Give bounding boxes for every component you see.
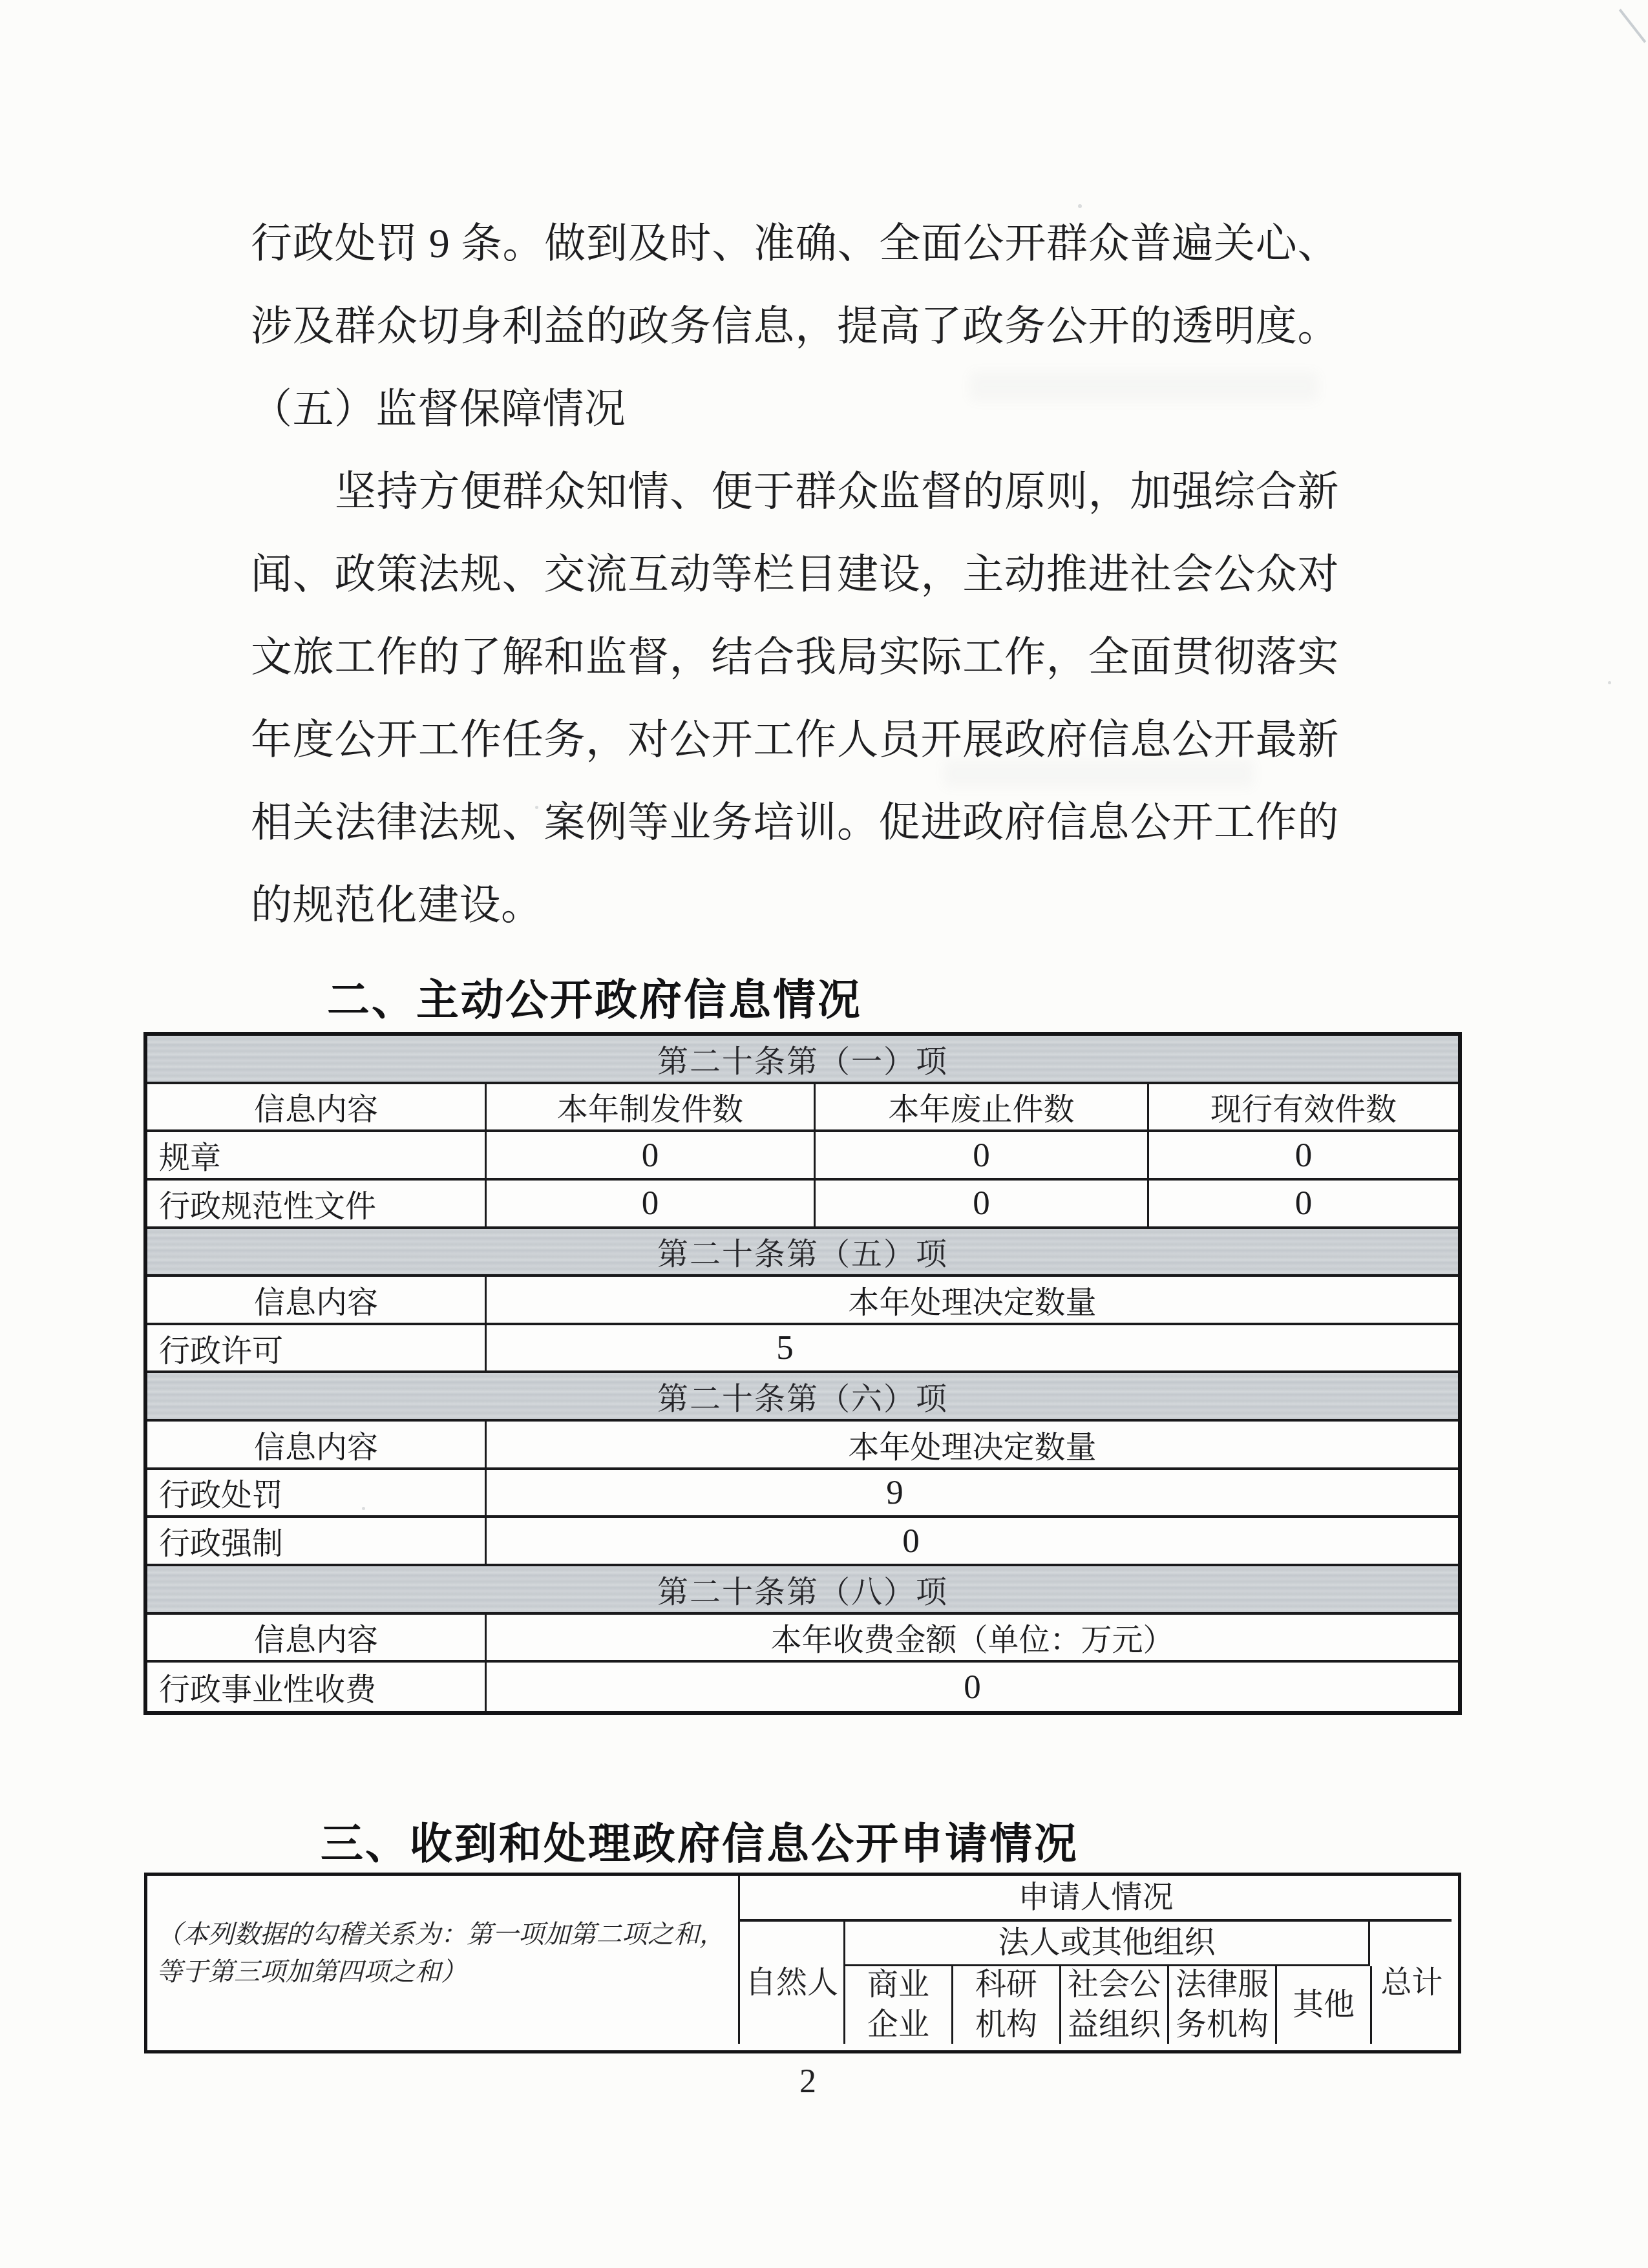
banner-label: 第二十条第（五）项	[657, 1229, 948, 1274]
cell-value: 0	[642, 1184, 659, 1223]
cell-text: 信息内容	[254, 1084, 378, 1129]
legal-entity-group-header-cell: 法人或其他组织	[845, 1922, 1370, 1966]
row-label-cell: 行政处罚	[147, 1470, 485, 1516]
cell-text: 行政规范性文件	[159, 1181, 376, 1226]
commercial-enterprise-header-cell: 商业 企业	[845, 1966, 953, 2044]
header-cell: 本年废止件数	[814, 1084, 1147, 1130]
cell-text: 本年制发件数	[557, 1084, 743, 1129]
cell-text: 信息内容	[254, 1615, 378, 1659]
cell-value: 0	[902, 1522, 920, 1560]
research-institution-header-cell: 科研 机构	[953, 1966, 1061, 2044]
scan-speck	[813, 483, 816, 485]
cell-text: 本年废止件数	[888, 1084, 1074, 1129]
cell-text: 本年处理决定数量	[848, 1422, 1096, 1467]
banner-label: 第二十条第（一）项	[657, 1036, 948, 1081]
total-header-cell: 总计	[1372, 1922, 1452, 2044]
proactive-disclosure-table: 第二十条第（一）项信息内容本年制发件数本年废止件数现行有效件数规章000行政规范…	[143, 1032, 1462, 1715]
value-cell: 0	[814, 1132, 1147, 1178]
header-cell: 本年处理决定数量	[485, 1277, 1458, 1323]
cell-value: 5	[776, 1328, 794, 1367]
legal-service-org-header-cell: 法律服 务机构	[1169, 1966, 1277, 2044]
table-data-row: 行政处罚9	[147, 1470, 1458, 1518]
cell-text: 现行有效件数	[1210, 1084, 1397, 1129]
cell-text: 行政事业性收费	[159, 1664, 376, 1709]
body-line: 行政处罚 9 条。做到及时、准确、全面公开群众普遍关心、	[251, 202, 1339, 285]
header-cell: 本年处理决定数量	[485, 1422, 1458, 1467]
cell-text: 本年收费金额（单位：万元）	[770, 1615, 1174, 1659]
row-label-cell: 规章	[147, 1132, 485, 1178]
applicant-status-header-cell: 申请人情况	[740, 1876, 1452, 1922]
scan-speck	[362, 1507, 365, 1510]
row-label-cell: 行政规范性文件	[147, 1181, 485, 1226]
body-line: 文旅工作的了解和监督，结合我局实际工作，全面贯彻落实	[251, 616, 1339, 698]
body-paragraphs: 行政处罚 9 条。做到及时、准确、全面公开群众普遍关心、涉及群众切身利益的政务信…	[251, 202, 1339, 947]
scan-speck	[1078, 204, 1082, 208]
cell-value: 0	[973, 1184, 990, 1223]
cell-text: 行政处罚	[159, 1470, 283, 1515]
header-cell: 信息内容	[147, 1084, 485, 1130]
value-cell: 5	[485, 1325, 1458, 1371]
row-label-cell: 行政强制	[147, 1518, 485, 1564]
cell-text: 行政强制	[159, 1518, 283, 1563]
body-line: 的规范化建设。	[251, 864, 1339, 947]
value-cell: 0	[814, 1181, 1147, 1226]
header-cell: 本年收费金额（单位：万元）	[485, 1615, 1458, 1661]
table-header-row: 信息内容本年处理决定数量	[147, 1422, 1458, 1470]
table-header-row: 信息内容本年制发件数本年废止件数现行有效件数	[147, 1084, 1458, 1133]
value-cell: 0	[485, 1132, 814, 1178]
header-cell: 信息内容	[147, 1277, 485, 1323]
table-note-cell: （本列数据的勾稽关系为：第一项加第二项之和， 等于第三项加第四项之和）	[147, 1876, 740, 2044]
other-org-header-cell: 其他	[1277, 1966, 1372, 2044]
cell-value: 0	[973, 1136, 990, 1175]
bleed-through-artifact	[944, 759, 1254, 788]
section-heading-proactive-disclosure: 二、主动公开政府信息情况	[327, 965, 862, 1027]
header-cell: 信息内容	[147, 1615, 485, 1661]
body-line: 相关法律法规、案例等业务培训。促进政府信息公开工作的	[251, 781, 1339, 864]
table-data-row: 规章000	[147, 1132, 1458, 1181]
body-line: 涉及群众切身利益的政务信息，提高了政务公开的透明度。	[251, 285, 1339, 368]
applications-table: （本列数据的勾稽关系为：第一项加第二项之和， 等于第三项加第四项之和） 申请人情…	[144, 1873, 1461, 2053]
scan-speck	[535, 806, 538, 809]
natural-person-header-cell: 自然人	[740, 1922, 845, 2044]
page-number: 2	[769, 2063, 847, 2101]
cell-text: 信息内容	[254, 1422, 378, 1467]
bleed-through-artifact	[969, 372, 1318, 401]
header-cell: 本年制发件数	[485, 1084, 814, 1130]
header-cell: 现行有效件数	[1147, 1084, 1458, 1130]
scan-scratch	[1619, 9, 1647, 43]
body-line: 坚持方便群众知情、便于群众监督的原则，加强综合新	[251, 450, 1339, 533]
banner-label: 第二十条第（六）项	[657, 1374, 948, 1418]
row-label-cell: 行政事业性收费	[147, 1663, 485, 1711]
cell-text: 规章	[159, 1133, 221, 1177]
table-section-banner-row: 第二十条第（六）项	[147, 1373, 1458, 1422]
table-section-banner-row: 第二十条第（五）项	[147, 1229, 1458, 1277]
cell-text: 信息内容	[254, 1277, 378, 1322]
table-data-row: 行政事业性收费0	[147, 1663, 1458, 1711]
table-section-banner-row: 第二十条第（一）项	[147, 1036, 1458, 1084]
table-data-row: 行政强制0	[147, 1518, 1458, 1566]
value-cell: 0	[485, 1663, 1458, 1711]
cell-value: 0	[1295, 1184, 1313, 1223]
table-data-row: 行政规范性文件000	[147, 1181, 1458, 1229]
value-cell: 0	[1147, 1181, 1458, 1226]
table-header-row: 信息内容本年收费金额（单位：万元）	[147, 1615, 1458, 1663]
cell-value: 0	[1295, 1136, 1313, 1175]
document-page: 行政处罚 9 条。做到及时、准确、全面公开群众普遍关心、涉及群众切身利益的政务信…	[0, 0, 1648, 2268]
cell-text: 行政许可	[159, 1326, 283, 1370]
public-welfare-org-header-cell: 社会公 益组织	[1061, 1966, 1169, 2044]
value-cell: 0	[485, 1518, 1458, 1564]
value-cell: 9	[485, 1470, 1458, 1516]
row-label-cell: 行政许可	[147, 1325, 485, 1371]
value-cell: 0	[1147, 1132, 1458, 1178]
header-cell: 信息内容	[147, 1422, 485, 1467]
table-section-banner-row: 第二十条第（八）项	[147, 1566, 1458, 1615]
body-line: 闻、政策法规、交流互动等栏目建设，主动推进社会公众对	[251, 533, 1339, 616]
scan-speck	[1608, 681, 1611, 684]
cell-value: 0	[642, 1136, 659, 1175]
table-data-row: 行政许可5	[147, 1325, 1458, 1374]
value-cell: 0	[485, 1181, 814, 1226]
cell-value: 0	[964, 1668, 981, 1706]
table-header-row: 信息内容本年处理决定数量	[147, 1277, 1458, 1325]
section-heading-requests: 三、收到和处理政府信息公开申请情况	[321, 1809, 1079, 1871]
cell-value: 9	[886, 1473, 903, 1512]
cell-text: 本年处理决定数量	[848, 1277, 1096, 1322]
banner-label: 第二十条第（八）项	[657, 1567, 948, 1612]
